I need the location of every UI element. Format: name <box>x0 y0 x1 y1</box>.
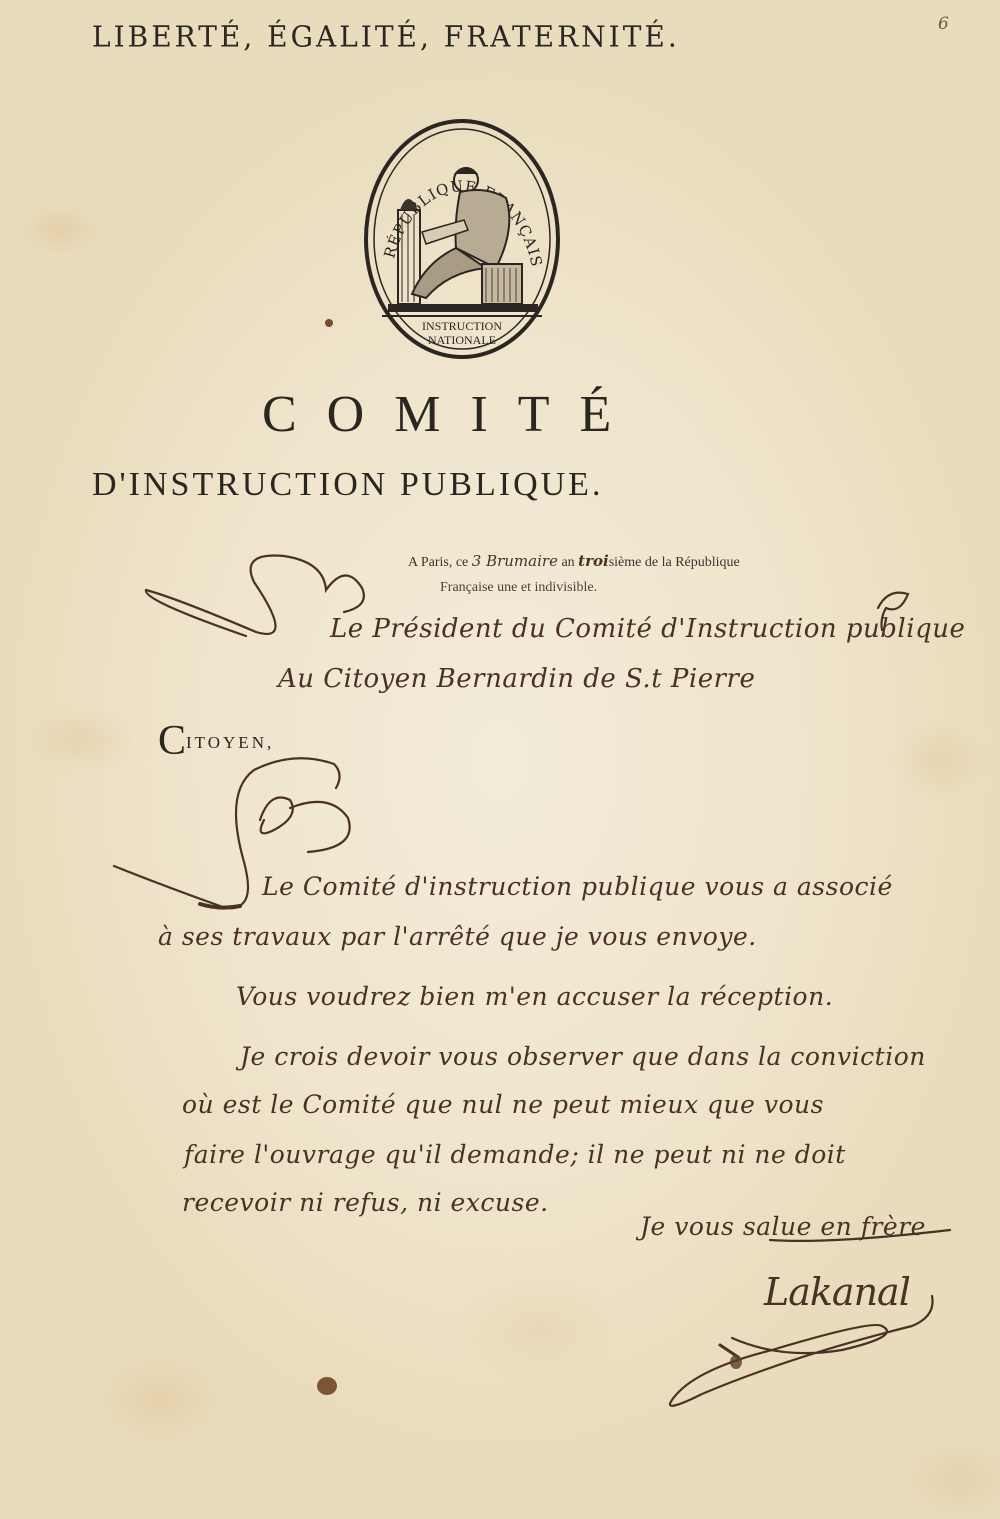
body-line-6: faire l'ouvrage qu'il demande; il ne peu… <box>184 1140 846 1169</box>
salutation-rest: ITOYEN, <box>186 733 274 752</box>
body-line-1: Le Comité d'instruction publique vous a … <box>262 872 893 901</box>
letter-page: 6 LIBERTÉ, ÉGALITÉ, FRATERNITÉ. RÉPUBLIQ… <box>0 0 1000 1519</box>
salutation: CITOYEN, <box>158 717 274 765</box>
body-line-3: Vous voudrez bien m'en accuser la récept… <box>236 982 833 1011</box>
body-line-2: à ses travaux par l'arrêté que je vous e… <box>158 922 757 951</box>
signature: Lakanal <box>764 1270 910 1314</box>
sender-line: Le Président du Comité d'Instruction pub… <box>330 614 965 644</box>
closing-line: Je vous salue en frère <box>640 1212 926 1241</box>
body-line-7: recevoir ni refus, ni excuse. <box>182 1188 549 1217</box>
salutation-cap: C <box>158 718 186 764</box>
body-line-5: où est le Comité que nul ne peut mieux q… <box>182 1090 824 1119</box>
ink-stain-icon <box>317 1377 337 1395</box>
body-line-4: Je crois devoir vous observer que dans l… <box>240 1042 926 1071</box>
recipient-line: Au Citoyen Bernardin de S.t Pierre <box>278 664 755 694</box>
